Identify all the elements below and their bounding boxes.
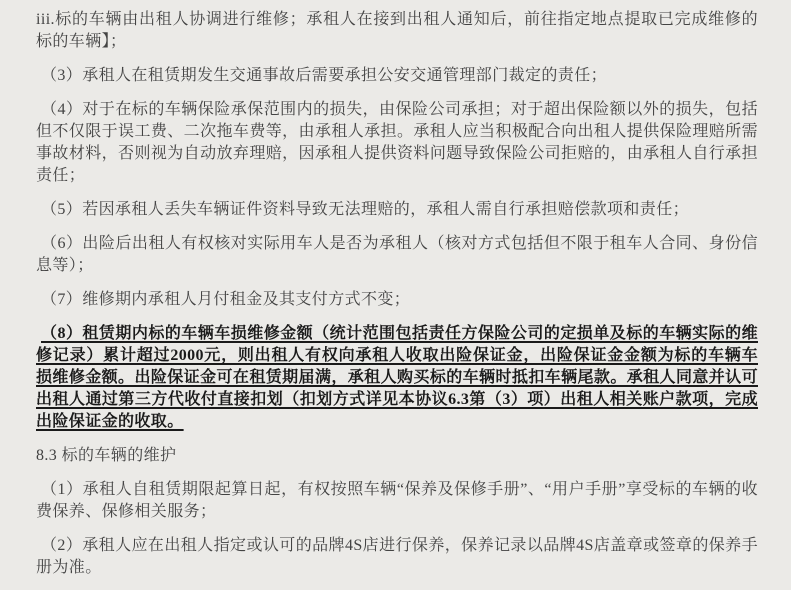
clause-3-traffic-accident: （3）承租人在租赁期发生交通事故后需要承担公安交通管理部门裁定的责任； <box>36 65 758 87</box>
clause-iii-repair-continuation: iii.标的车辆由出租人协调进行维修；承租人在接到出租人通知后，前往指定地点提取… <box>36 9 758 53</box>
section-heading-8-3-vehicle-maintenance: 8.3 标的车辆的维护 <box>36 445 758 467</box>
clause-8-3-1-maintenance-services: （1）承租人自租赁期限起算日起，有权按照车辆“保养及保修手册”、“用户手册”享受… <box>36 479 758 523</box>
clause-5-lost-documents: （5）若因承租人丢失车辆证件资料导致无法理赔的，承租人需自行承担赔偿款项和责任； <box>36 199 758 221</box>
clause-6-driver-verification: （6）出险后出租人有权核对实际用车人是否为承租人（核对方式包括但不限于租车人合同… <box>36 233 758 277</box>
clause-8-3-2-4s-store-maintenance: （2）承租人应在出租人指定或认可的品牌4S店进行保养，保养记录以品牌4S店盖章或… <box>36 535 758 579</box>
contract-document-page: iii.标的车辆由出租人协调进行维修；承租人在接到出租人通知后，前往指定地点提取… <box>0 0 791 590</box>
clause-4-insurance-coverage: （4）对于在标的车辆保险承保范围内的损失，由保险公司承担；对于超出保险额以外的损… <box>36 99 758 187</box>
clause-8-accident-deposit-emphasized: （8）租赁期内标的车辆车损维修金额（统计范围包括责任方保险公司的定损单及标的车辆… <box>36 323 758 433</box>
clause-7-rent-unchanged: （7）维修期内承租人月付租金及其支付方式不变； <box>36 289 758 311</box>
